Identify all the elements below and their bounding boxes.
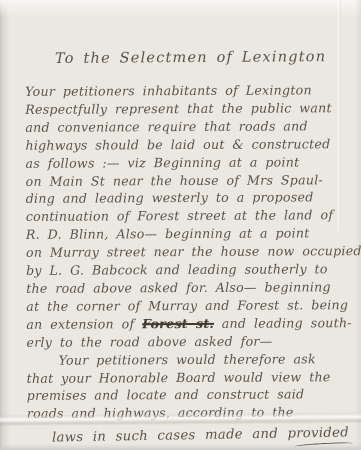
handwritten-line: as follows :— viz Beginning at a point [25, 153, 347, 173]
struck-out-text: Forest st. [142, 316, 214, 331]
handwritten-line: by L. G. Babcock and leading southerly t… [26, 260, 348, 280]
handwritten-line: R. D. Blinn, Also— beginning at a point [26, 224, 348, 244]
handwritten-line: roads and highways, according to the [27, 403, 349, 423]
handwritten-line: the road above asked for. Also— beginnin… [26, 278, 348, 298]
handwritten-line: on Main St near the house of Mrs Spaul- [26, 171, 348, 191]
paper-left-edge-shadow [0, 0, 10, 450]
handwritten-line: Your petitioners would therefore ask [27, 350, 349, 370]
handwritten-line-with-strikethrough: an extension of Forest st. and leading s… [26, 314, 348, 334]
handwritten-footer-line: laws in such cases made and provided [52, 425, 349, 445]
handwritten-line: Your petitioners inhabitants of Lexingto… [25, 81, 347, 101]
handwritten-line: that your Honorable Board would view the [27, 368, 349, 388]
letter-title: To the Selectmen of Lexington [55, 49, 326, 67]
handwritten-line: erly to the road above asked for— [26, 332, 348, 352]
handwritten-line: ding and leading westerly to a proposed [26, 189, 348, 209]
handwritten-line: continuation of Forest street at the lan… [26, 207, 348, 227]
pen-flourish-stroke [295, 441, 353, 448]
scanned-letter-page: To the Selectmen of Lexington Your petit… [0, 0, 361, 450]
handwritten-line: highways should be laid out & constructe… [25, 135, 347, 155]
handwritten-line: at the corner of Murray and Forest st. b… [26, 296, 348, 316]
handwritten-line: and conveniance require that roads and [25, 117, 347, 137]
letter-body: Your petitioners inhabitants of Lexingto… [25, 81, 349, 423]
paper-top-edge-highlight [0, 0, 361, 18]
handwritten-line: Respectfully represent that the public w… [25, 99, 347, 119]
strike-line-prefix: an extension of [26, 316, 142, 332]
strike-line-suffix: and leading south- [214, 315, 352, 331]
handwritten-line: on Murray street near the house now occu… [26, 242, 348, 262]
handwritten-line: premises and locate and construct said [27, 386, 349, 406]
paper-right-edge-shadow [355, 0, 361, 450]
